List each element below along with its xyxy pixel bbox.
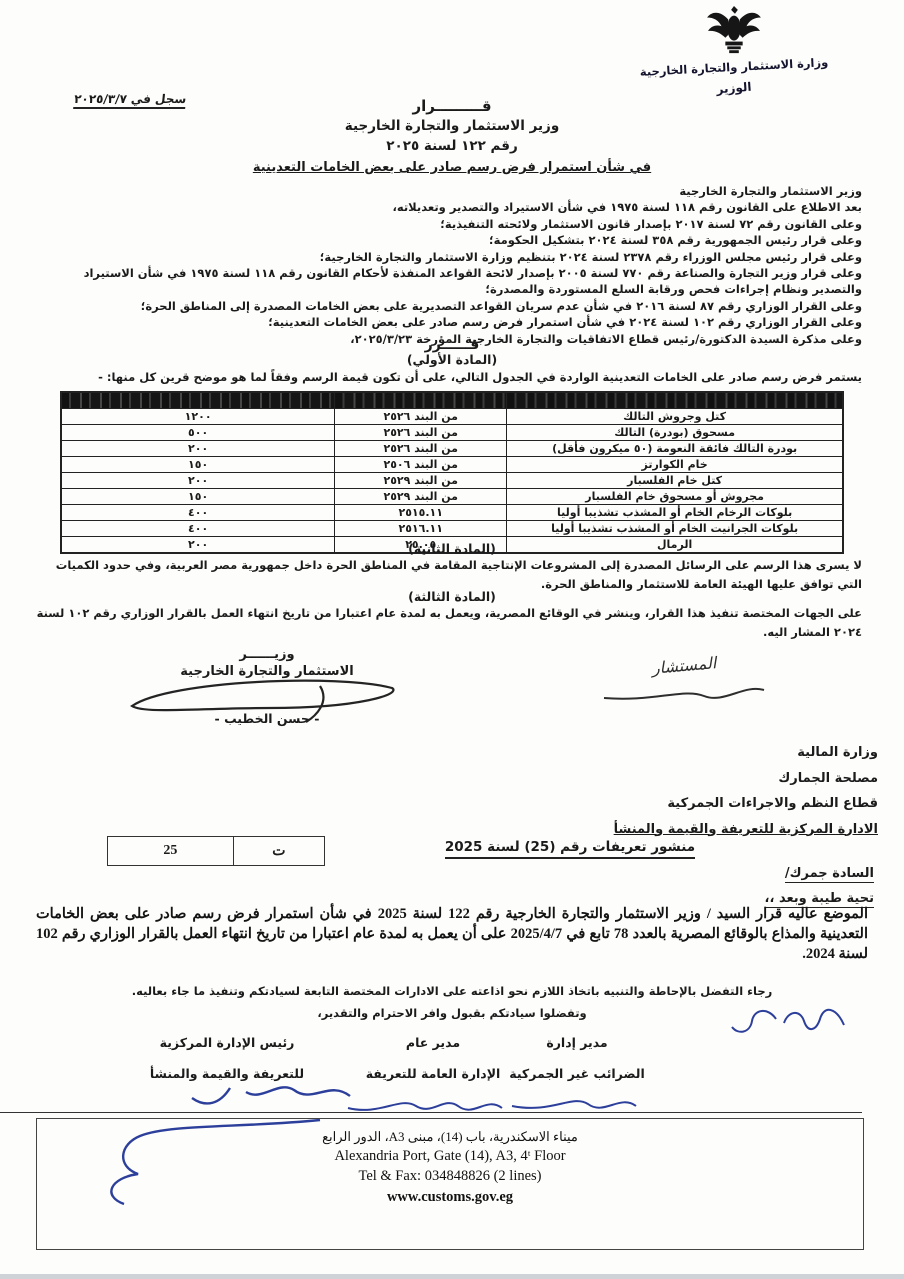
decided-word: قــــــرر bbox=[0, 337, 904, 353]
handwritten-blue-note bbox=[724, 995, 854, 1050]
table-header-row bbox=[61, 392, 843, 409]
salutation-greeting: تحية طيبة وبعد ،، bbox=[765, 891, 874, 906]
footer-website: www.customs.gov.eg bbox=[37, 1189, 863, 1206]
cell-hs-item: من البند ٢٥٢٦ bbox=[335, 441, 507, 457]
table-row: كتل وجروش التالك من البند ٢٥٢٦ ١٢٠٠ bbox=[61, 409, 843, 425]
signatory-left: رئيس الإدارة المركزية للتعريفة والقيمة و… bbox=[112, 1034, 342, 1082]
table-row: خام الكوارتز من البند ٢٥٠٦ ١٥٠ bbox=[61, 457, 843, 473]
cell-hs-item: من البند ٢٥٢٩ bbox=[335, 489, 507, 505]
circular-title: منشور تعريفات رقم (25) لسنة 2025 bbox=[430, 839, 710, 855]
document-letterhead: وزارة الاستثمار والتجارة الخارجية الوزير bbox=[634, 6, 834, 95]
cell-fee: ٤٠٠ bbox=[61, 521, 335, 537]
preamble-line: وعلى قرار وزير التجارة والصناعة رقم ٧٧٠ … bbox=[36, 265, 862, 298]
counselor-word-handwritten: المستشار bbox=[584, 647, 785, 683]
decree-subject: في شأن استمرار فرض رسم صادر على بعض الخا… bbox=[0, 158, 904, 178]
cell-hs-item: ٢٥١٦.١١ bbox=[335, 521, 507, 537]
reference-number: 25 bbox=[108, 837, 234, 865]
cell-hs-item: ٢٥١٥.١١ bbox=[335, 505, 507, 521]
cell-material: مسحوق (بودرة) التالك bbox=[507, 425, 843, 441]
footer-telephone: Tel & Fax: 034848826 (2 lines) bbox=[37, 1168, 863, 1185]
decree-issuer: وزير الاستثمار والتجارة الخارجية bbox=[0, 116, 904, 136]
footer-address-arabic: ميناء الاسكندرية، باب (14)، مبنى A3، الد… bbox=[37, 1129, 863, 1145]
footer-rule bbox=[0, 1112, 862, 1113]
circular-body-paragraph: الموضع عاليه قرار السيد / وزير الاستثمار… bbox=[36, 905, 868, 964]
table-row: كتل خام الفلسبار من البند ٢٥٢٩ ٢٠٠ bbox=[61, 473, 843, 489]
org-line-finance-ministry: وزارة المالية bbox=[614, 740, 878, 766]
cell-fee: ١٢٠٠ bbox=[61, 409, 335, 425]
cell-fee: ٢٠٠ bbox=[61, 473, 335, 489]
scan-edge-strip bbox=[0, 1274, 904, 1279]
preamble-line: وعلى قرار رئيس مجلس الوزراء رقم ٢٣٧٨ لسن… bbox=[36, 249, 862, 265]
cell-hs-item: من البند ٢٥٢٩ bbox=[335, 473, 507, 489]
scanned-decree-document: وزارة الاستثمار والتجارة الخارجية الوزير… bbox=[0, 0, 904, 1279]
egypt-eagle-emblem-icon bbox=[705, 6, 763, 56]
reference-box: 25 ت bbox=[107, 836, 325, 866]
cell-material: كتل وجروش التالك bbox=[507, 409, 843, 425]
preamble-line: وعلى القرار الوزاري رقم ١٠٢ لسنة ٢٠٢٤ في… bbox=[36, 314, 862, 330]
cell-fee: ١٥٠ bbox=[61, 457, 335, 473]
preamble-line: بعد الاطلاع على القانون رقم ١١٨ لسنة ١٩٧… bbox=[36, 199, 862, 215]
article1-text: يستمر فرض رسم صادر على الخامات التعدينية… bbox=[36, 368, 862, 386]
table-row: بودرة التالك فائقة النعومة (٥٠ ميكرون فأ… bbox=[61, 441, 843, 457]
table-row: بلوكات الرخام الخام أو المشذب تشذيبا أول… bbox=[61, 505, 843, 521]
org-line-customs-authority: مصلحة الجمارك bbox=[614, 766, 878, 792]
counselor-signature-scribble bbox=[594, 682, 774, 712]
cell-hs-item: من البند ٢٥٠٦ bbox=[335, 457, 507, 473]
preamble-line: وعلى القانون رقم ٧٢ لسنة ٢٠١٧ بإصدار قان… bbox=[36, 216, 862, 232]
table-row: بلوكات الجرانيت الخام أو المشذب تشذيبا أ… bbox=[61, 521, 843, 537]
table-header-material bbox=[507, 392, 843, 409]
cell-material: بلوكات الرخام الخام أو المشذب تشذيبا أول… bbox=[507, 505, 843, 521]
cell-hs-item: من البند ٢٥٢٦ bbox=[335, 425, 507, 441]
cell-fee: ١٥٠ bbox=[61, 489, 335, 505]
cell-material: بلوكات الجرانيت الخام أو المشذب تشذيبا أ… bbox=[507, 521, 843, 537]
cell-material: خام الكوارتز bbox=[507, 457, 843, 473]
export-fees-table: كتل وجروش التالك من البند ٢٥٢٦ ١٢٠٠ مسحو… bbox=[60, 391, 844, 554]
cell-fee: ٥٠٠ bbox=[61, 425, 335, 441]
decision-word: قـــــــــرار bbox=[0, 96, 904, 116]
preamble-line: وعلى قرار رئيس الجمهورية رقم ٣٥٨ لسنة ٢٠… bbox=[36, 232, 862, 248]
customs-org-block: وزارة المالية مصلحة الجمارك قطاع النظم و… bbox=[614, 740, 878, 842]
signatory-middle: مدير عام الإدارة العامة للتعريفة bbox=[318, 1034, 548, 1082]
signatory-title: مدير عام bbox=[318, 1034, 548, 1051]
minister-signature-scribble bbox=[120, 672, 410, 727]
signatory-title: رئيس الإدارة المركزية bbox=[112, 1034, 342, 1051]
reference-letter: ت bbox=[234, 837, 324, 865]
decree-title-block: قـــــــــرار وزير الاستثمار والتجارة ال… bbox=[0, 96, 904, 178]
preamble-intro: وزير الاستثمار والتجارة الخارجية bbox=[36, 183, 862, 199]
table-header-hs-item bbox=[335, 392, 507, 409]
article3-heading: (المادة الثالثة) bbox=[0, 589, 904, 604]
footer-address-box: ميناء الاسكندرية، باب (14)، مبنى A3، الد… bbox=[36, 1118, 864, 1250]
decree-number: رقم ١٢٢ لسنة ٢٠٢٥ bbox=[0, 136, 904, 156]
article2-heading: (المادة الثانية) bbox=[0, 541, 904, 556]
decree-preamble: وزير الاستثمار والتجارة الخارجية بعد الا… bbox=[36, 183, 862, 347]
salutation-addressee: السادة جمرك/ bbox=[785, 866, 874, 881]
footer-address-english: Alexandria Port, Gate (14), A3, 4ᵗ Floor bbox=[37, 1148, 863, 1165]
org-line-systems-sector: قطاع النظم والاجراءات الجمركية bbox=[614, 791, 878, 817]
signatory-right-signature bbox=[504, 1092, 644, 1120]
minister-title-word: وزيــــــر bbox=[152, 646, 382, 663]
table-row: مجروش أو مسحوق خام الفلسبار من البند ٢٥٢… bbox=[61, 489, 843, 505]
cell-fee: ٢٠٠ bbox=[61, 441, 335, 457]
table-header-fee bbox=[61, 392, 335, 409]
preamble-line: وعلى القرار الوزاري رقم ٨٧ لسنة ٢٠١٦ في … bbox=[36, 298, 862, 314]
cell-hs-item: من البند ٢٥٢٦ bbox=[335, 409, 507, 425]
article1-heading: (المادة الأولي) bbox=[0, 352, 904, 367]
cell-fee: ٤٠٠ bbox=[61, 505, 335, 521]
article3-text: على الجهات المختصة تنفيذ هذا القرار، وين… bbox=[36, 604, 862, 642]
table-row: مسحوق (بودرة) التالك من البند ٢٥٢٦ ٥٠٠ bbox=[61, 425, 843, 441]
cell-material: كتل خام الفلسبار bbox=[507, 473, 843, 489]
cell-material: مجروش أو مسحوق خام الفلسبار bbox=[507, 489, 843, 505]
cell-material: بودرة التالك فائقة النعومة (٥٠ ميكرون فأ… bbox=[507, 441, 843, 457]
